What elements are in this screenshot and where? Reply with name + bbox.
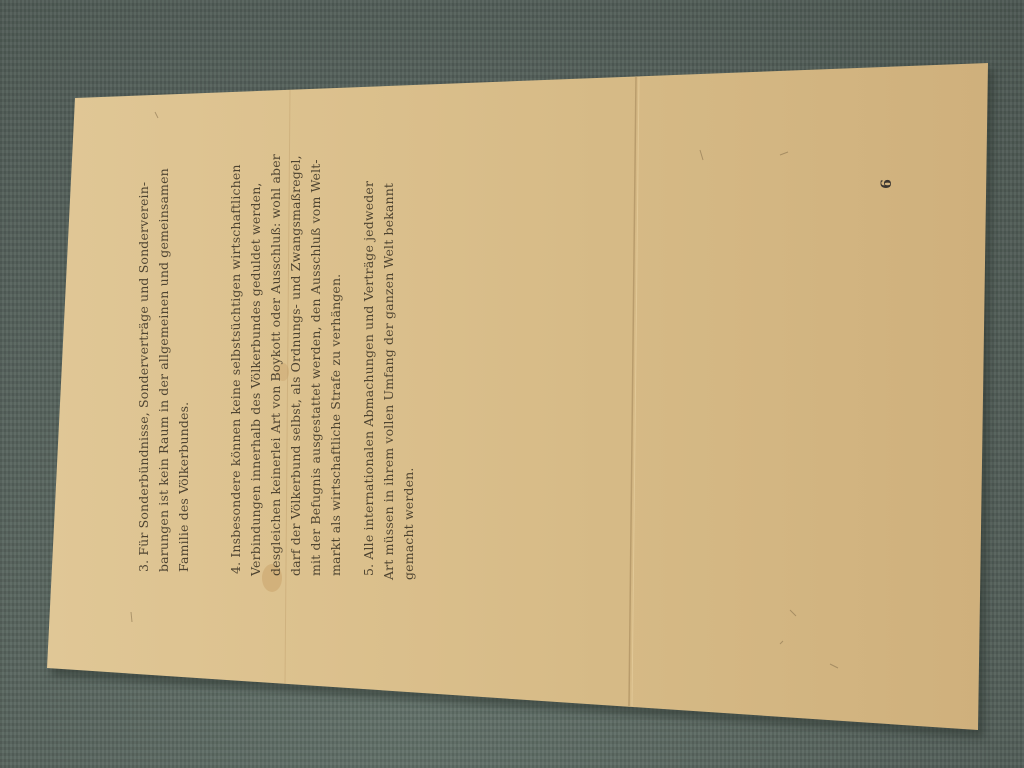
signature-mark: 6 bbox=[879, 177, 895, 191]
paper-surface bbox=[47, 63, 988, 730]
paper-sheet bbox=[0, 0, 1024, 768]
stain bbox=[262, 564, 282, 592]
